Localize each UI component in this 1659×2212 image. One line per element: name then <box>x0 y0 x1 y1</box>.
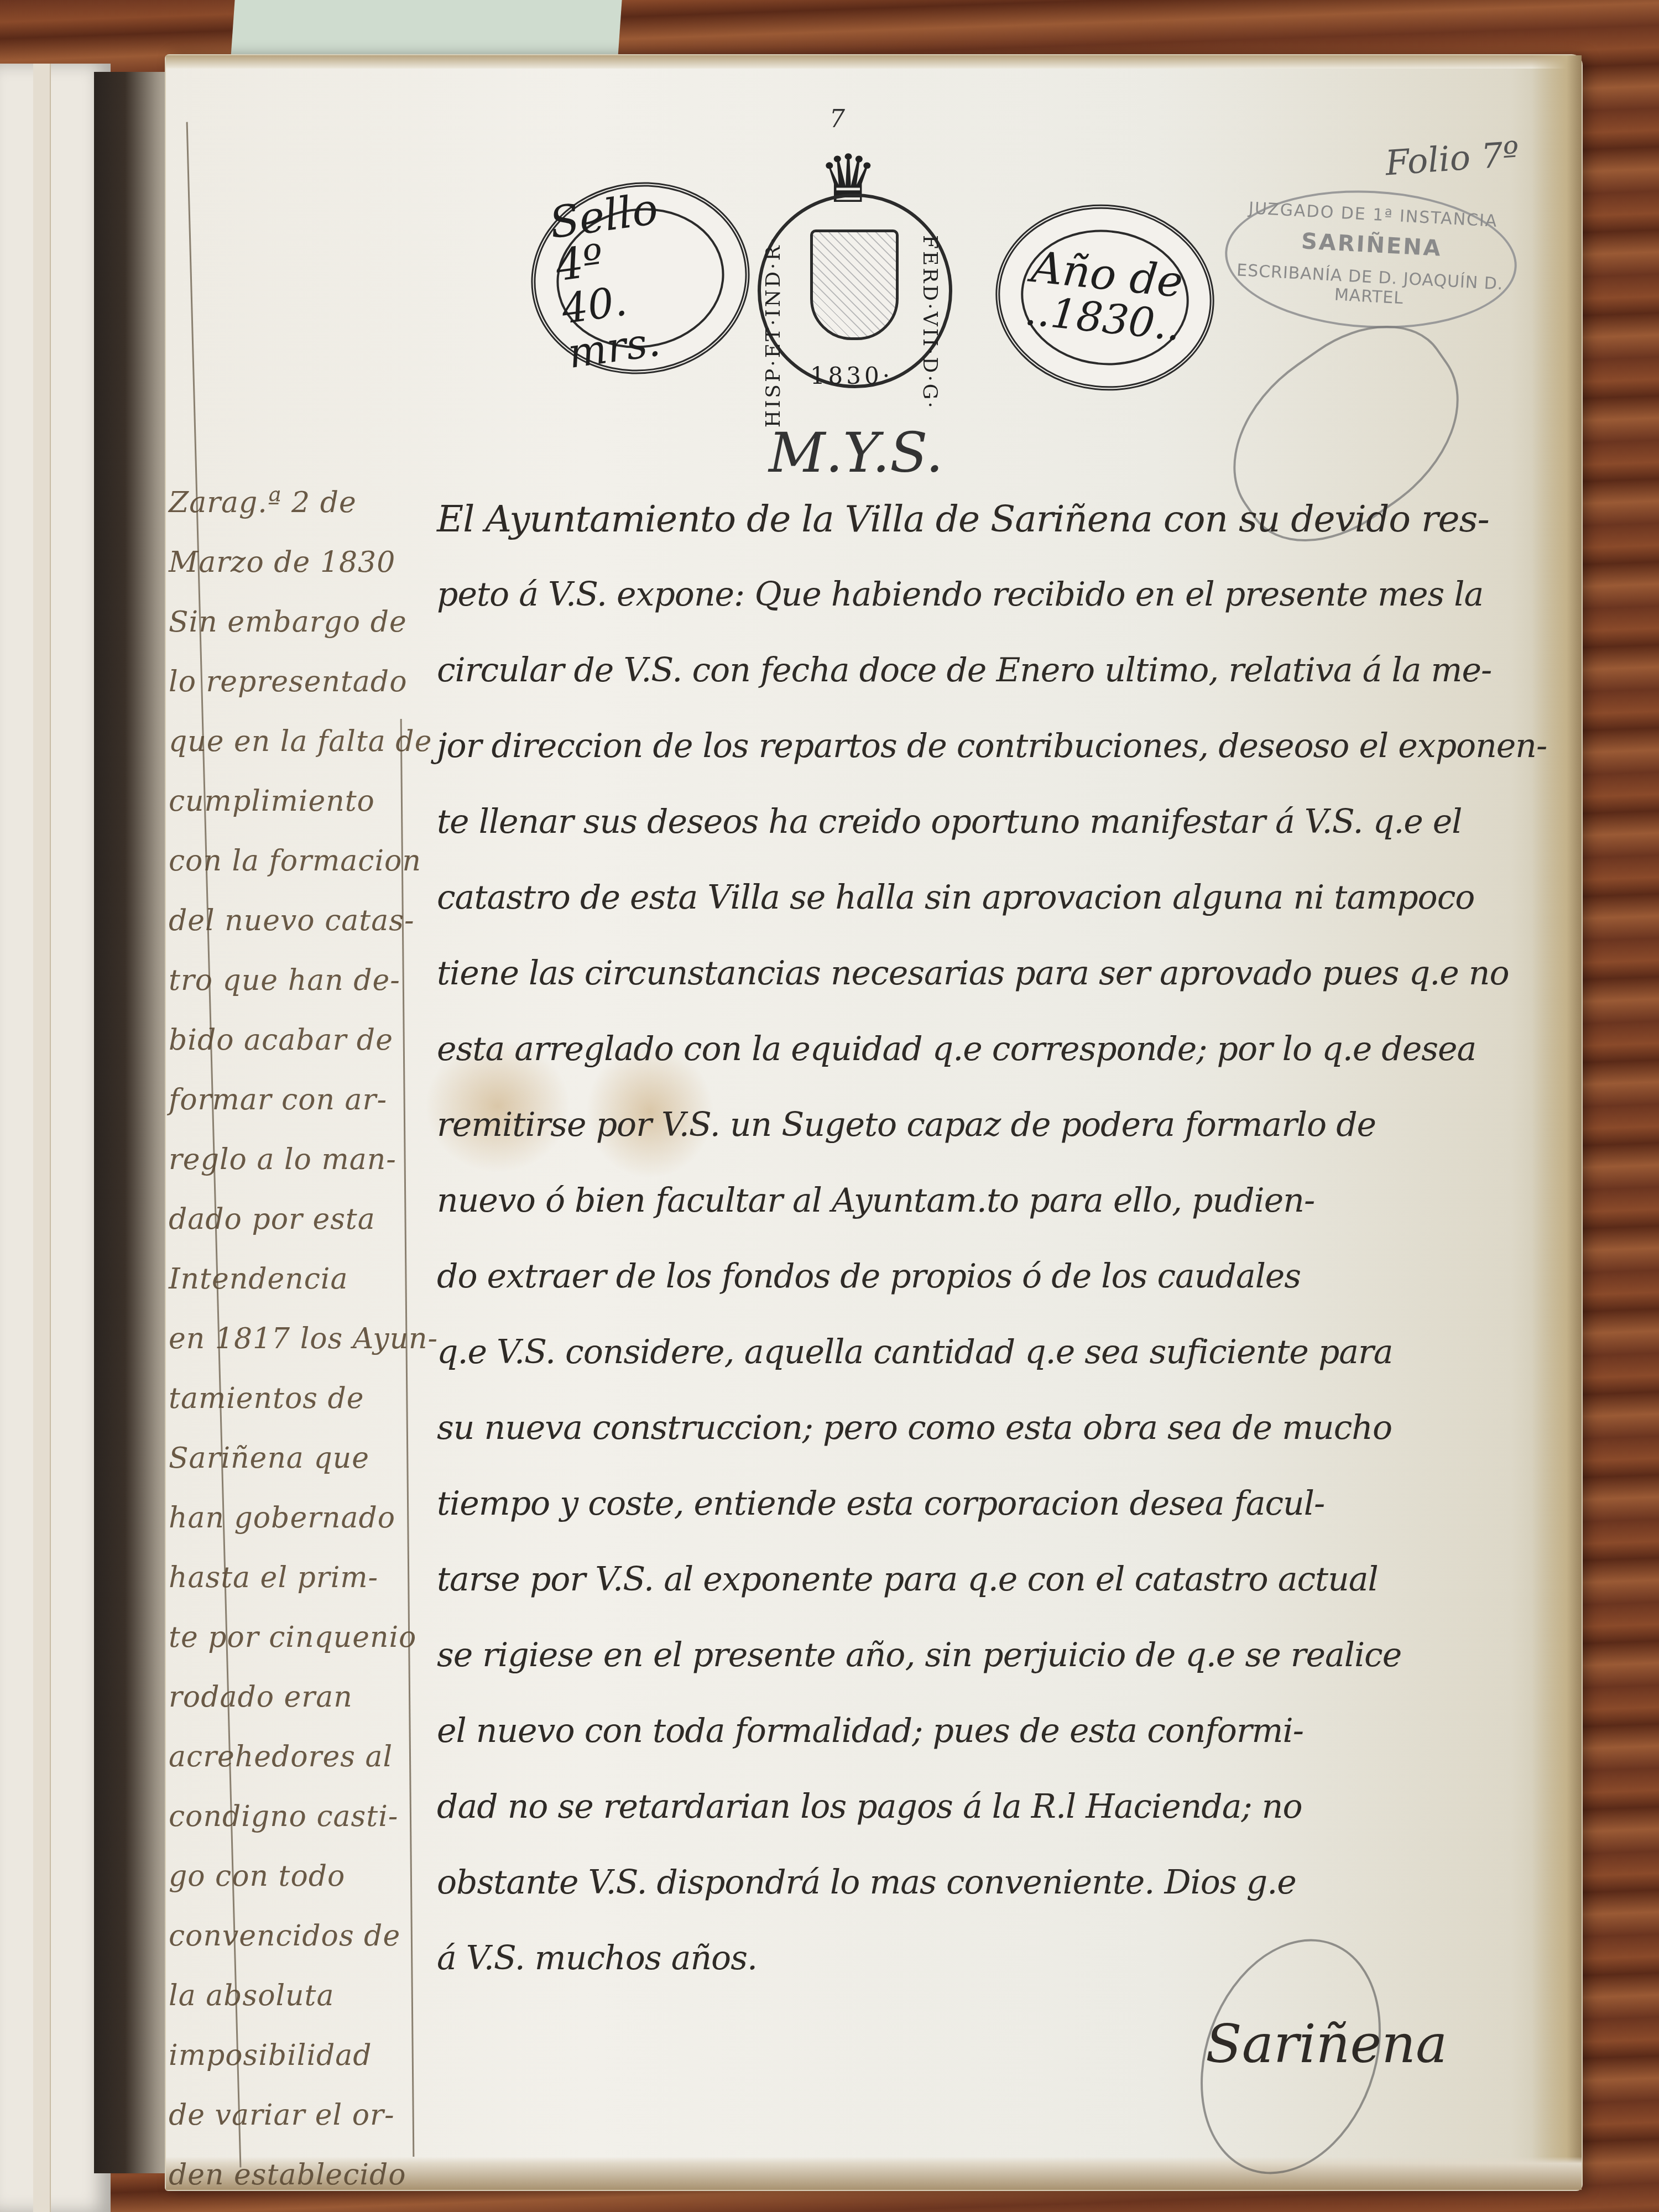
margin-note-line: go con todo <box>169 1846 401 1906</box>
margin-note-line: tro que han de- <box>169 951 401 1010</box>
margin-note-line: tamientos de <box>169 1369 401 1428</box>
seal-inner-ring: Año de ..1830.. <box>1014 221 1196 373</box>
crest-legend-left: HISP·ET·IND·R· <box>762 235 785 427</box>
margin-note-line: te por cinquenio <box>169 1608 401 1667</box>
margin-note-line: Sin embargo de <box>169 592 401 652</box>
body-line: q.e V.S. considere, aquella cantidad q.e… <box>437 1314 1571 1390</box>
margin-note-line: reglo a lo man- <box>169 1130 401 1190</box>
margin-note-line: imposibilidad <box>169 2026 401 2085</box>
margin-note-line: Sariñena que <box>169 1428 401 1488</box>
body-line: tiene las circunstancias necesarias para… <box>437 936 1571 1011</box>
body-line: dad no se retardarian los pagos á la R.l… <box>437 1769 1571 1845</box>
margin-note-line: del nuevo catas- <box>169 891 401 951</box>
seal-inner-ring: Sello 4º 40. mrs. <box>547 197 734 359</box>
body-line: esta arreglado con la equidad q.e corres… <box>437 1011 1571 1087</box>
margin-note-line: cumplimiento <box>169 771 401 831</box>
crest-legend-year: 1830· <box>758 362 946 389</box>
margin-note-line: bido acabar de <box>169 1010 401 1070</box>
body-line: peto á V.S. expone: Que habiendo recibid… <box>437 557 1571 633</box>
body-line: el nuevo con toda formalidad; pues de es… <box>437 1693 1571 1769</box>
body-line: su nueva construccion; pero como esta ob… <box>437 1390 1571 1466</box>
page-top-edge <box>166 55 1582 69</box>
signature: Sariñena <box>1206 2013 1447 2075</box>
body-line: tarse por V.S. al exponente para q.e con… <box>437 1542 1571 1618</box>
margin-note-line: de variar el or- <box>169 2085 401 2145</box>
shield-icon <box>810 229 899 340</box>
margin-note-line: Marzo de 1830 <box>169 533 401 592</box>
body-line: jor direccion de los repartos de contrib… <box>437 708 1571 784</box>
margin-note-line: en 1817 los Ayun- <box>169 1309 401 1369</box>
margin-note-line: hasta el prim- <box>169 1548 401 1608</box>
margin-note-line: Intendencia <box>169 1249 401 1309</box>
margin-note-line: condigno casti- <box>169 1787 401 1846</box>
margin-note-line: han gobernado <box>169 1488 401 1548</box>
margin-note-line: den establecido <box>169 2145 401 2205</box>
margin-note-line: convencidos de <box>169 1906 401 1966</box>
margin-note-line: acrehedores al <box>169 1727 401 1787</box>
binding-gutter <box>94 72 171 2173</box>
body-line: tiempo y coste, entiende esta corporacio… <box>437 1466 1571 1542</box>
margin-note-line: que en la falta de <box>169 712 401 771</box>
margin-note-line: la absoluta <box>169 1966 401 2026</box>
body-line: catastro de esta Villa se halla sin apro… <box>437 860 1571 936</box>
body-line: remitirse por V.S. un Sugeto capaz de po… <box>437 1087 1571 1163</box>
margin-note-line: con la formacion <box>169 831 401 891</box>
salutation: M.Y.S. <box>769 420 943 485</box>
body-line: se rigiese en el presente año, sin perju… <box>437 1618 1571 1693</box>
court-stamp-town: SARIÑENA <box>1228 225 1516 265</box>
margin-note-line: Zarag.ª 2 de <box>169 473 401 533</box>
page-edge-strip <box>33 64 51 2212</box>
margin-note: Zarag.ª 2 de Marzo de 1830 Sin embargo d… <box>169 473 401 2205</box>
body-line: do extraer de los fondos de propios ó de… <box>437 1239 1571 1314</box>
body-line: á V.S. muchos años. <box>437 1921 1571 1996</box>
body-line: circular de V.S. con fecha doce de Enero… <box>437 633 1571 708</box>
margin-note-line: dado por esta <box>169 1190 401 1249</box>
body-line: te llenar sus deseos ha creido oportuno … <box>437 784 1571 860</box>
margin-note-line: rodado eran <box>169 1667 401 1727</box>
margin-note-line: lo representado <box>169 652 401 712</box>
margin-note-line: formar con ar- <box>169 1070 401 1130</box>
body-line: El Ayuntamiento de la Villa de Sariñena … <box>437 481 1571 557</box>
body-line: nuevo ó bien facultar al Ayuntam.to para… <box>437 1163 1571 1239</box>
page-number-mark: 7 <box>830 105 845 133</box>
petition-body: El Ayuntamiento de la Villa de Sariñena … <box>437 481 1571 1996</box>
body-line: obstante V.S. dispondrá lo mas convenien… <box>437 1845 1571 1921</box>
royal-crest-stamp: ♛ HISP·ET·IND·R· FERD·VII·D·G· 1830· <box>758 141 946 384</box>
